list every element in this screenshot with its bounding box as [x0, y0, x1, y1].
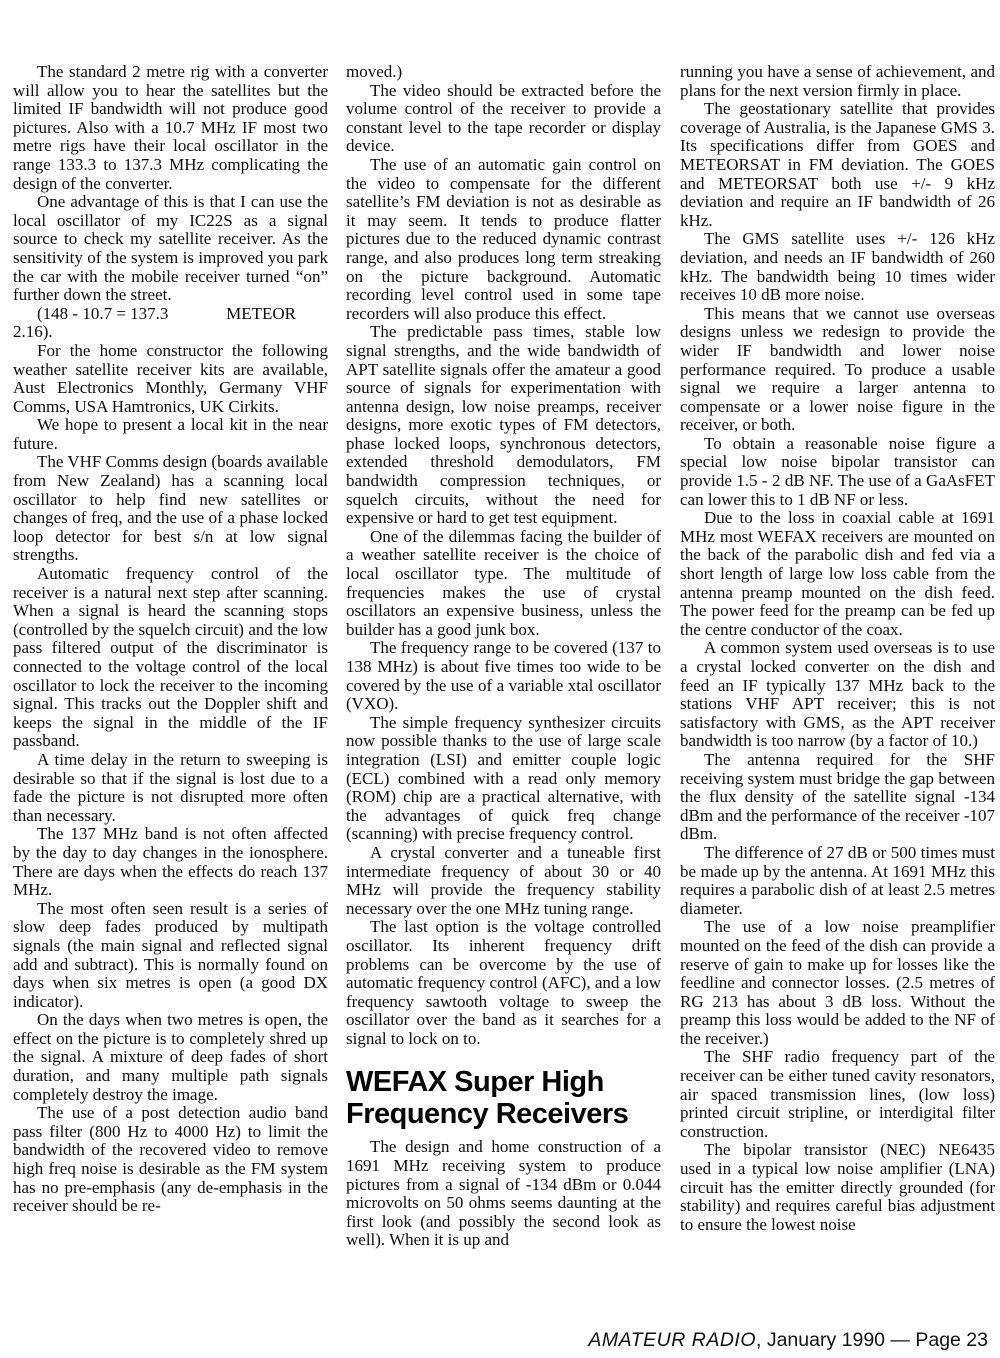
paragraph: The standard 2 metre rig with a converte…	[13, 63, 328, 193]
paragraph: A time delay in the return to sweeping i…	[13, 751, 328, 825]
paragraph: Due to the loss in coaxial cable at 1691…	[680, 509, 995, 639]
paragraph: The use of a post detection audio band p…	[13, 1104, 328, 1216]
paragraph-continuation: running you have a sense of achievement,…	[680, 63, 995, 100]
paragraph: On the days when two metres is open, the…	[13, 1011, 328, 1104]
paragraph: The bipolar transistor (NEC) NE6435 used…	[680, 1141, 995, 1234]
paragraph: One of the dilemmas facing the builder o…	[346, 528, 661, 640]
paragraph: The frequency range to be covered (137 t…	[346, 639, 661, 713]
formula-satellite-name: METEOR	[226, 305, 296, 324]
paragraph: The use of an automatic gain control on …	[346, 156, 661, 323]
paragraph: One advantage of this is that I can use …	[13, 193, 328, 305]
paragraph: This means that we cannot use overseas d…	[680, 305, 995, 435]
paragraph: The 137 MHz band is not often affected b…	[13, 825, 328, 899]
paragraph: We hope to present a local kit in the ne…	[13, 416, 328, 453]
section-heading-line2: Frequency Receivers	[346, 1098, 628, 1130]
magazine-page: The standard 2 metre rig with a converte…	[0, 0, 1000, 1358]
paragraph: For the home constructor the following w…	[13, 342, 328, 416]
paragraph: The GMS satellite uses +/- 126 kHz devia…	[680, 230, 995, 304]
paragraph-continuation: moved.)	[346, 63, 661, 82]
paragraph: The geostationary satellite that provide…	[680, 100, 995, 230]
column-3: running you have a sense of achievement,…	[680, 63, 995, 1315]
paragraph: The last option is the voltage controlle…	[346, 918, 661, 1048]
formula-line: (148 - 10.7 = 137.3 METEOR	[13, 305, 328, 324]
paragraph: The SHF radio frequency part of the rece…	[680, 1048, 995, 1141]
paragraph: The VHF Comms design (boards available f…	[13, 453, 328, 565]
column-2: moved.) The video should be extracted be…	[346, 63, 661, 1315]
paragraph: The use of a low noise preamplifier moun…	[680, 918, 995, 1048]
page-footer: AMATEUR RADIO, January 1990 — Page 23	[588, 1328, 988, 1352]
paragraph: The video should be extracted before the…	[346, 82, 661, 156]
paragraph: The simple frequency synthesizer circuit…	[346, 714, 661, 844]
section-heading: WEFAX Super High Frequency Receivers	[346, 1066, 661, 1130]
paragraph: The antenna required for the SHF receivi…	[680, 751, 995, 844]
paragraph: A common system used overseas is to use …	[680, 639, 995, 751]
paragraph: The predictable pass times, stable low s…	[346, 323, 661, 528]
paragraph: The difference of 27 dB or 500 times mus…	[680, 844, 995, 918]
paragraph: Automatic frequency control of the recei…	[13, 565, 328, 751]
formula-continuation: 2.16).	[13, 323, 328, 342]
journal-name: AMATEUR RADIO	[588, 1329, 756, 1351]
paragraph: A crystal converter and a tuneable first…	[346, 844, 661, 918]
paragraph: The most often seen result is a series o…	[13, 900, 328, 1012]
section-heading-line1: WEFAX Super High	[346, 1066, 604, 1098]
column-1: The standard 2 metre rig with a converte…	[13, 63, 328, 1315]
paragraph: To obtain a reasonable noise figure a sp…	[680, 435, 995, 509]
paragraph: The design and home construction of a 16…	[346, 1138, 661, 1250]
footer-issue-page: , January 1990 — Page 23	[756, 1329, 988, 1351]
formula-left: (148 - 10.7 = 137.3	[37, 305, 168, 324]
